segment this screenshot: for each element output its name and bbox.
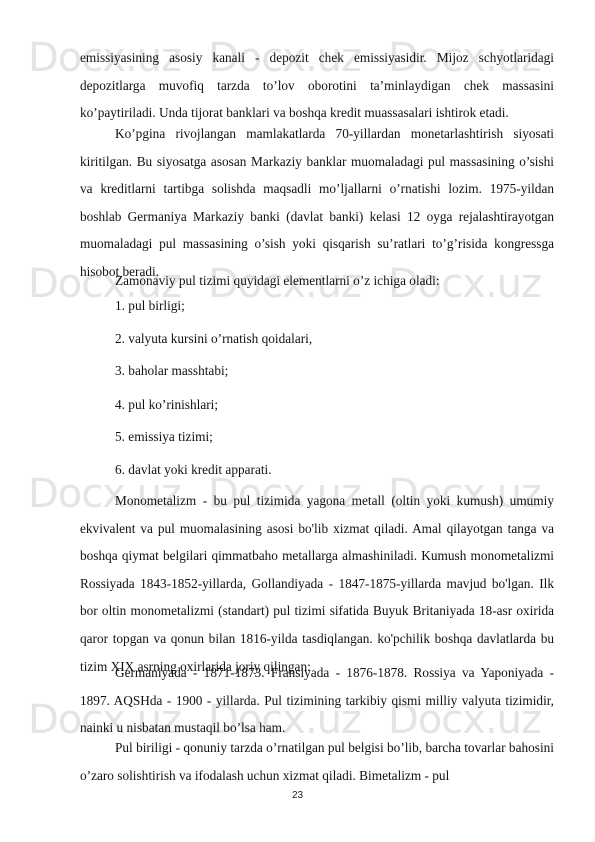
list-intro: Zamonaviy pul tizimi quyidagi elementlar… — [115, 272, 440, 290]
paragraph-block: Germaniyada - 1871-1873. Fransiyada - 18… — [80, 659, 554, 742]
paragraph-block: emissiyasining asosiy kanali - depozit c… — [80, 44, 554, 127]
paragraph: emissiyasining asosiy kanali - depozit c… — [80, 44, 554, 127]
page-number: 23 — [0, 790, 595, 801]
list-item: 2. valyuta kursini o’rnatish qoidalari, — [115, 330, 312, 348]
document-page: Docx.uz Docx.uz Docx.uz Docx.uz Docx.uz … — [0, 0, 595, 842]
list-item: 3. baholar masshtabi; — [115, 362, 228, 380]
list-item: 4. pul ko’rinishlari; — [115, 396, 218, 414]
paragraph: Ko’pgina rivojlangan mamlakatlarda 70-yi… — [80, 120, 554, 286]
paragraph-block: Monometalizm - bu pul tizimida yagona me… — [80, 487, 554, 680]
paragraph-block: Ko’pgina rivojlangan mamlakatlarda 70-yi… — [80, 120, 554, 286]
paragraph: Pul biriligi - qonuniy tarzda o’rnatilga… — [80, 734, 554, 789]
list-item: 5. emissiya tizimi; — [115, 428, 213, 446]
paragraph-block: Pul biriligi - qonuniy tarzda o’rnatilga… — [80, 734, 554, 789]
list-item: 1. pul birligi; — [115, 297, 185, 315]
paragraph: Monometalizm - bu pul tizimida yagona me… — [80, 487, 554, 680]
list-item: 6. davlat yoki kredit apparati. — [115, 461, 272, 479]
paragraph: Germaniyada - 1871-1873. Fransiyada - 18… — [80, 659, 554, 742]
